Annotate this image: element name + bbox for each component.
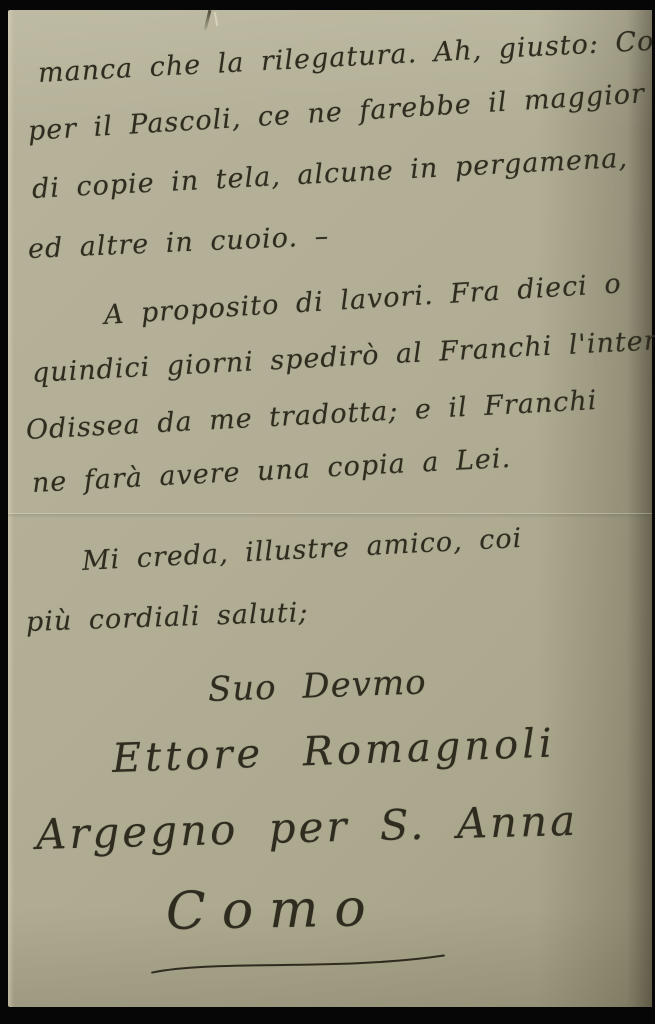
letter-line-10: più cordiali saluti; (25, 597, 309, 638)
closing-line: Suo Devmo (207, 662, 427, 710)
como-underline-flourish (148, 947, 448, 978)
fold-crease (8, 513, 652, 518)
letter-line-9: Mi creda, illustre amico, coi (81, 523, 523, 577)
place-line: Argegno per S. Anna (35, 796, 578, 859)
letter-line-4: ed altre in cuoio. – (27, 221, 329, 265)
letter-line-5: A proposito di lavori. Fra dieci o (103, 268, 622, 331)
city-line: Como (165, 878, 382, 942)
signature-line: Ettore Romagnoli (111, 721, 556, 782)
letter-scan: manca che la rilegatura. Ah, giusto: Com… (0, 0, 655, 1024)
letter-paper: manca che la rilegatura. Ah, giusto: Com… (8, 10, 652, 1007)
paper-scratch-mark (204, 10, 212, 30)
letter-line-7: Odissea da me tradotta; e il Franchi (25, 385, 598, 446)
paper-scratch-highlight (214, 12, 218, 26)
letter-line-8: ne farà avere una copia a Lei. (31, 443, 512, 499)
letter-line-6: quindici giorni spedirò al Franchi l'int… (31, 324, 655, 389)
letter-line-3: di copie in tela, alcune in pergamena, (31, 143, 629, 205)
letter-line-1: manca che la rilegatura. Ah, giusto: Com… (37, 23, 655, 89)
